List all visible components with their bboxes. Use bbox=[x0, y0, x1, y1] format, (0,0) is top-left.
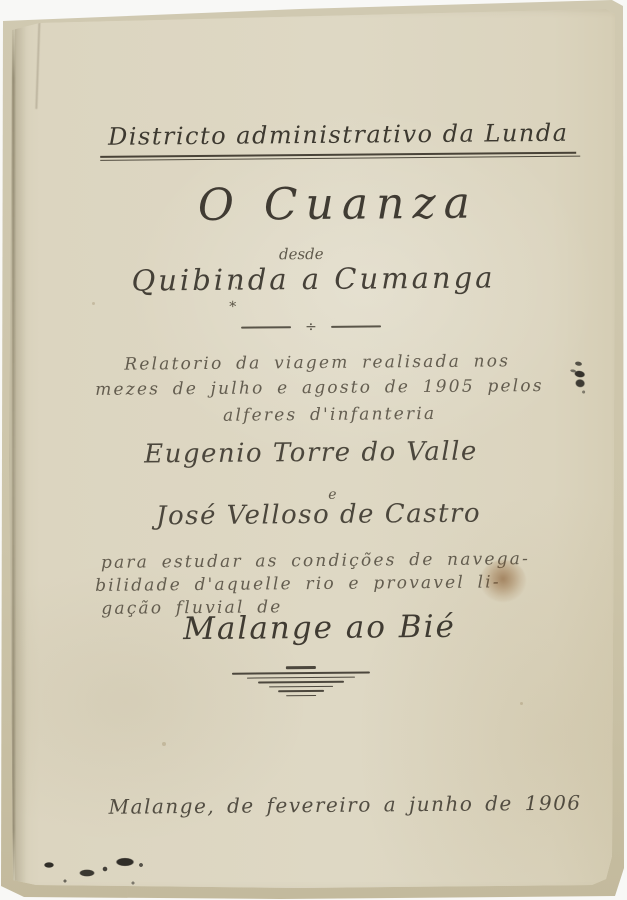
divider-symbol: ÷ bbox=[305, 322, 317, 332]
brown-stain bbox=[480, 560, 526, 602]
paper-speck bbox=[162, 742, 166, 746]
manuscript-scan: Districto administrativo da Lunda O Cuan… bbox=[0, 0, 627, 900]
report-line: alferes d'infanteria bbox=[223, 404, 436, 426]
section-divider: ÷ bbox=[241, 321, 381, 332]
ink-blots bbox=[35, 845, 165, 887]
dateline: Malange, de fevereiro a junho de 1906 bbox=[109, 791, 582, 819]
handwritten-content: Districto administrativo da Lunda O Cuan… bbox=[0, 0, 627, 900]
ornament-mark: ⁎ bbox=[229, 295, 236, 311]
subtitle: Quibinda a Cumanga bbox=[131, 260, 495, 297]
divider-dash-right bbox=[331, 325, 381, 327]
main-title: O Cuanza bbox=[198, 178, 478, 231]
author-name-2: José Velloso de Castro bbox=[156, 499, 481, 532]
flourish-ornament bbox=[232, 666, 370, 697]
route-title: Malange ao Bié bbox=[183, 609, 456, 647]
paper-speck bbox=[520, 702, 523, 705]
subtitle-intro: desde bbox=[279, 245, 324, 263]
report-line: Relatorio da viagem realisada nos bbox=[124, 351, 510, 374]
report-line: mezes de julho e agosto de 1905 pelos bbox=[95, 376, 544, 400]
title-page: Districto administrativo da Lunda O Cuan… bbox=[0, 0, 627, 900]
purpose-line: bilidade d'aquelle rio e provavel li- bbox=[95, 572, 501, 596]
purpose-line: para estudar as condições de navega- bbox=[101, 549, 530, 573]
author-name-1: Eugenio Torre do Valle bbox=[144, 437, 478, 470]
paper-speck bbox=[92, 302, 95, 305]
district-header: Districto administrativo da Lunda bbox=[100, 119, 577, 158]
divider-dash-left bbox=[241, 326, 291, 328]
